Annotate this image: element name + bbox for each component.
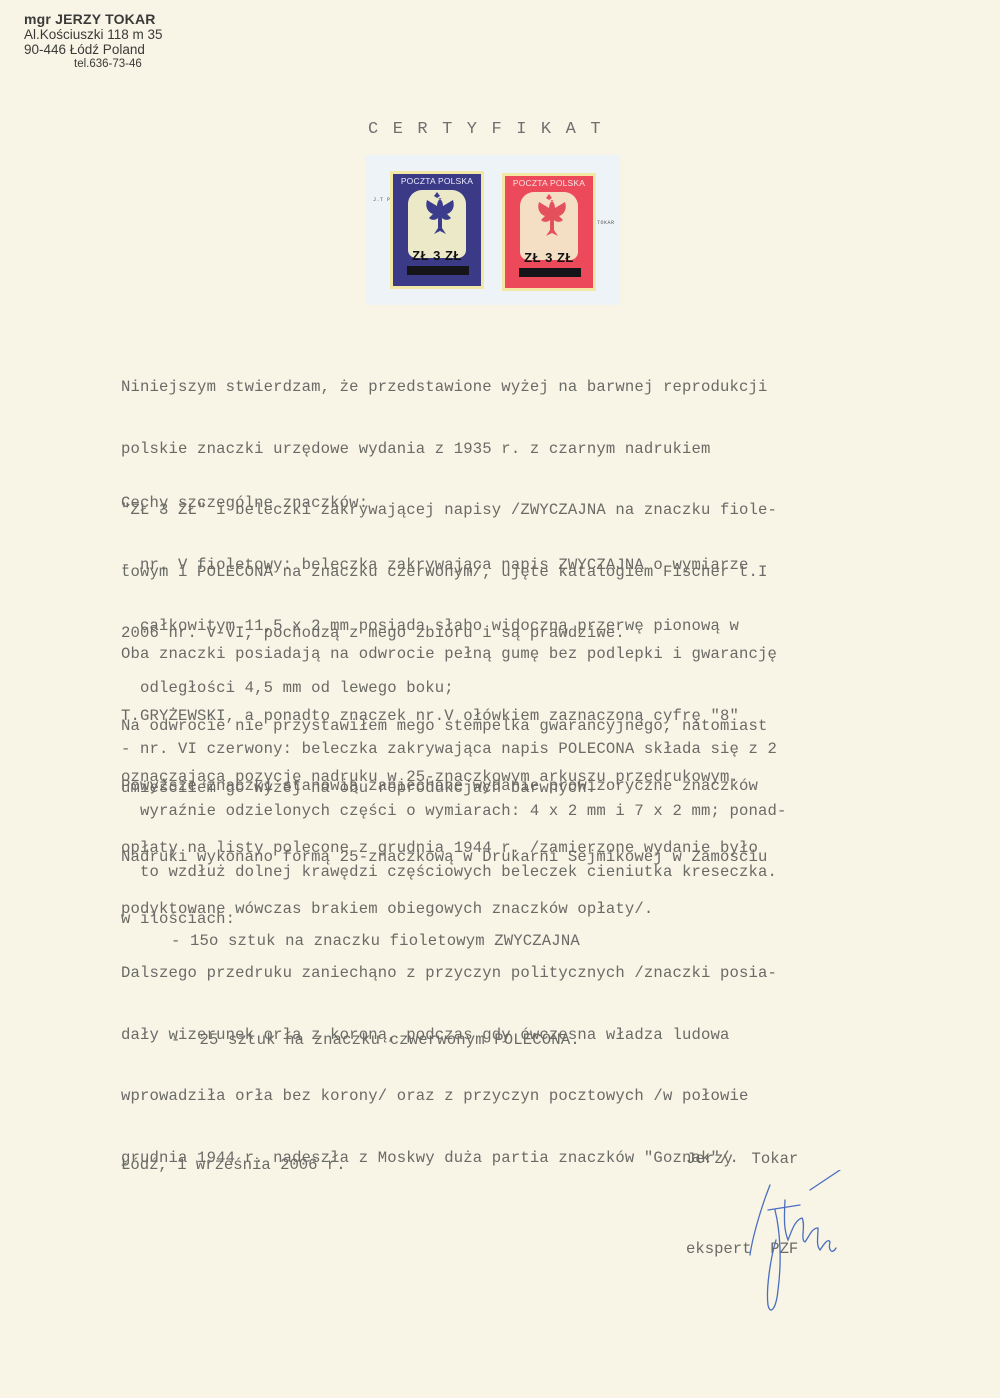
text-line: Oba znaczki posiadają na odwrocie pełną …	[121, 644, 981, 665]
signature-icon	[740, 1170, 890, 1325]
letterhead-phone: tel.636-73-46	[24, 57, 163, 72]
text-line: dały wizerunek orła z koroną, podczas gd…	[121, 1025, 981, 1046]
paragraph-discontinued: Dalszego przedruku zaniechąno z przyczyn…	[121, 922, 981, 1189]
overprint-text: ZŁ 3 ZŁ	[505, 250, 593, 265]
stamp-label: POCZTA POLSKA	[505, 178, 593, 188]
text-line: wprowadziła orła bez korony/ oraz z przy…	[121, 1086, 981, 1107]
stamp-violet: POCZTA POLSKA ZŁ 3 ZŁ	[390, 171, 484, 289]
stamp-label: POCZTA POLSKA	[393, 176, 481, 186]
text-line: Na odwrocie nie przystawiłem mego stempe…	[121, 716, 981, 737]
stamp-reproduction: J.T PZF TOKAR POCZTA POLSKA ZŁ 3 ZŁ POCZ…	[365, 155, 620, 305]
letterhead-street: Al.Kościuszki 118 m 35	[24, 27, 163, 42]
overprint-bar	[519, 268, 581, 277]
eagle-icon	[393, 188, 481, 249]
stamp-red: POCZTA POLSKA ZŁ 3 ZŁ	[502, 173, 596, 291]
place-date: Łódź, 1 września 2006 r.	[121, 1156, 346, 1174]
text-line: - nr. V fioletowy: beleczka zakrywająca …	[121, 555, 981, 576]
guarantee-mark-right: TOKAR	[597, 220, 615, 226]
letterhead: mgr JERZY TOKAR Al.Kościuszki 118 m 35 9…	[24, 12, 163, 72]
letterhead-name: mgr JERZY TOKAR	[24, 12, 163, 27]
text-line: Powyższe znaczki stanowią zaniechane wyd…	[121, 776, 981, 797]
eagle-icon	[505, 190, 593, 251]
document-title: CERTYFIKAT	[368, 120, 615, 139]
overprint-bar	[407, 266, 469, 275]
text-line: Niniejszym stwierdzam, że przedstawione …	[121, 377, 981, 398]
features-heading: Cechy szczególne znaczków:	[121, 493, 981, 514]
overprint-text: ZŁ 3 ZŁ	[393, 248, 481, 263]
text-line: Dalszego przedruku zaniechąno z przyczyn…	[121, 963, 981, 984]
letterhead-city: 90-446 Łódź Poland	[24, 42, 163, 57]
